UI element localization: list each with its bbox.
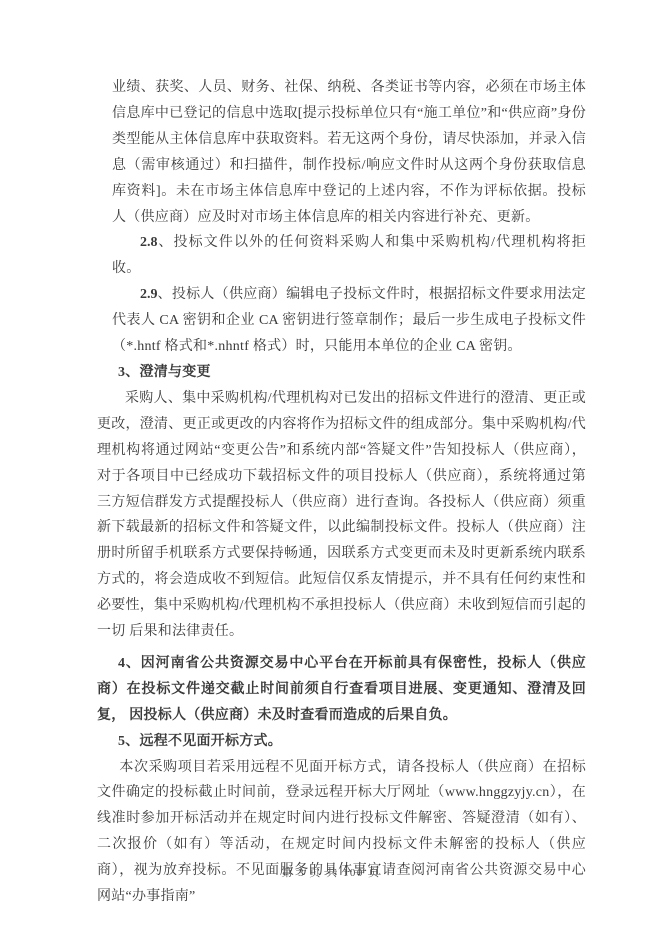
document-body: 业绩、获奖、人员、财务、社保、纳税、各类证书等内容，必须在市场主体信息库中已登记… [97, 75, 586, 910]
section-5-heading: 5、远程不见面开标方式。 [97, 729, 586, 755]
clause-2-8-text: 、投标文件以外的任何资料采购人和集中采购机构/代理机构将拒收。 [112, 235, 586, 276]
document-page: 业绩、获奖、人员、财务、社保、纳税、各类证书等内容，必须在市场主体信息库中已登记… [0, 0, 662, 936]
paragraph-clarification: 采购人、集中采购机构/代理机构对已发出的招标文件进行的澄清、更正或更改，澄清、更… [97, 386, 586, 645]
clause-2-9-number: 2.9 [140, 287, 158, 302]
paragraph-remote-bid-opening: 本次采购项目若采用远程不见面开标方式，请各投标人（供应商）在招标文件确定的投标截… [97, 755, 586, 910]
page-number-label: 第 3 页 共 100 页 [281, 867, 380, 879]
paragraph-confidentiality: 4、因河南省公共资源交易中心平台在开标前具有保密性，投标人（供应商）在投标文件递… [97, 651, 586, 729]
paragraph-carryover: 业绩、获奖、人员、财务、社保、纳税、各类证书等内容，必须在市场主体信息库中已登记… [112, 75, 586, 230]
clause-2-8-number: 2.8 [140, 235, 158, 250]
clause-2-8: 2.8、投标文件以外的任何资料采购人和集中采购机构/代理机构将拒收。 [112, 230, 586, 282]
page-footer: 第 3 页 共 100 页 [0, 864, 662, 880]
clause-2-9-text: 、投标人（供应商）编辑电子投标文件时，根据招标文件要求用法定代表人 CA 密钥和… [112, 287, 586, 354]
section-3-heading: 3、澄清与变更 [97, 360, 586, 386]
clause-2-9: 2.9、投标人（供应商）编辑电子投标文件时，根据招标文件要求用法定代表人 CA … [112, 282, 586, 360]
